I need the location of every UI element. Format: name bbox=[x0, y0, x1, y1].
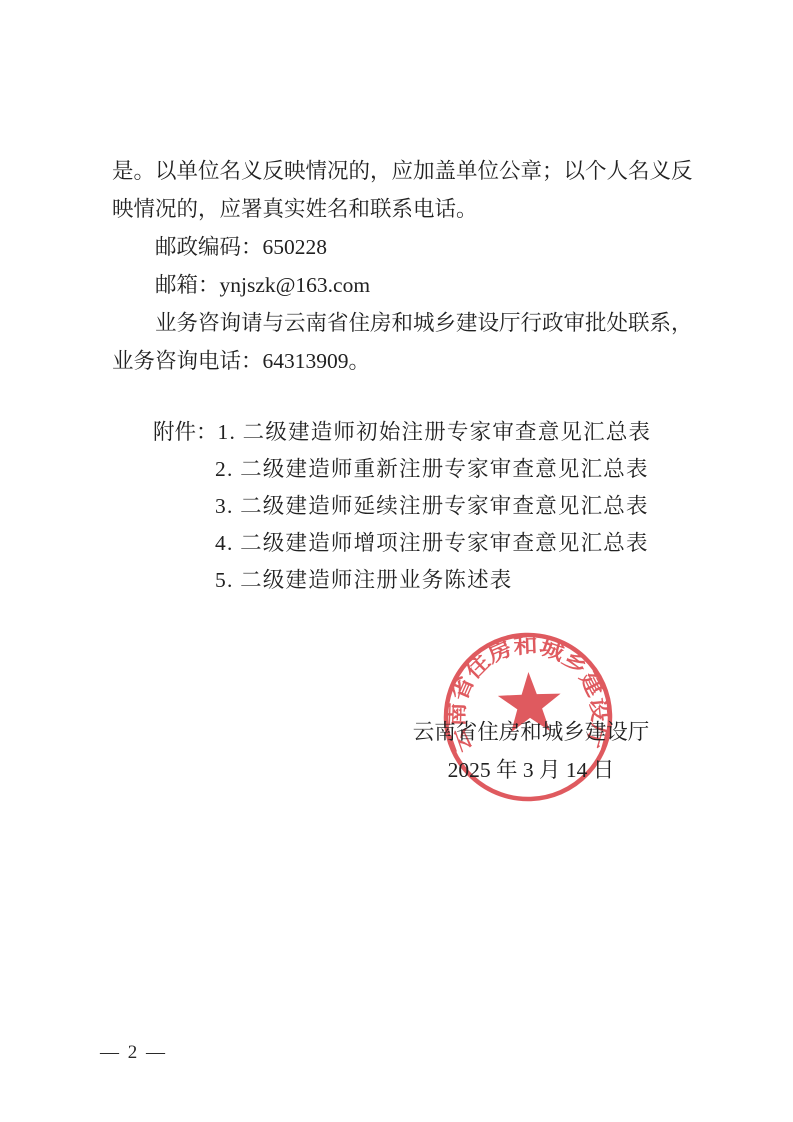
official-seal-stamp: 云南省住房和城乡建设厅 bbox=[430, 619, 627, 816]
consult-line: 业务咨询请与云南省住房和城乡建设厅行政审批处联系， bbox=[112, 304, 692, 342]
attachment-item: 4. 二级建造师增项注册专家审查意见汇总表 bbox=[153, 525, 713, 562]
consult-phone-line: 业务咨询电话：64313909。 bbox=[112, 342, 692, 380]
attachments-block: 附件：1. 二级建造师初始注册专家审查意见汇总表 2. 二级建造师重新注册专家审… bbox=[153, 414, 713, 599]
signature-date: 2025 年 3 月 14 日 bbox=[383, 756, 679, 784]
attachments-label: 附件： bbox=[153, 420, 218, 444]
body-line: 是。以单位名义反映情况的，应加盖单位公章；以个人名义反 bbox=[112, 152, 692, 190]
attachment-item: 5. 二级建造师注册业务陈述表 bbox=[153, 562, 713, 599]
body-text-block: 是。以单位名义反映情况的，应加盖单位公章；以个人名义反 映情况的，应署真实姓名和… bbox=[112, 152, 692, 380]
attachment-item: 附件：1. 二级建造师初始注册专家审查意见汇总表 bbox=[153, 414, 713, 451]
document-page: 是。以单位名义反映情况的，应加盖单位公章；以个人名义反 映情况的，应署真实姓名和… bbox=[0, 0, 793, 1122]
signature-issuer: 云南省住房和城乡建设厅 bbox=[383, 718, 679, 746]
attachment-item: 3. 二级建造师延续注册专家审查意见汇总表 bbox=[153, 488, 713, 525]
email-line: 邮箱：ynjszk@163.com bbox=[112, 266, 692, 304]
body-line: 映情况的，应署真实姓名和联系电话。 bbox=[112, 190, 692, 228]
page-number: — 2 — bbox=[100, 1042, 167, 1064]
postal-code-line: 邮政编码：650228 bbox=[112, 228, 692, 266]
attachment-item-text: 1. 二级建造师初始注册专家审查意见汇总表 bbox=[218, 420, 652, 444]
attachment-item: 2. 二级建造师重新注册专家审查意见汇总表 bbox=[153, 451, 713, 488]
